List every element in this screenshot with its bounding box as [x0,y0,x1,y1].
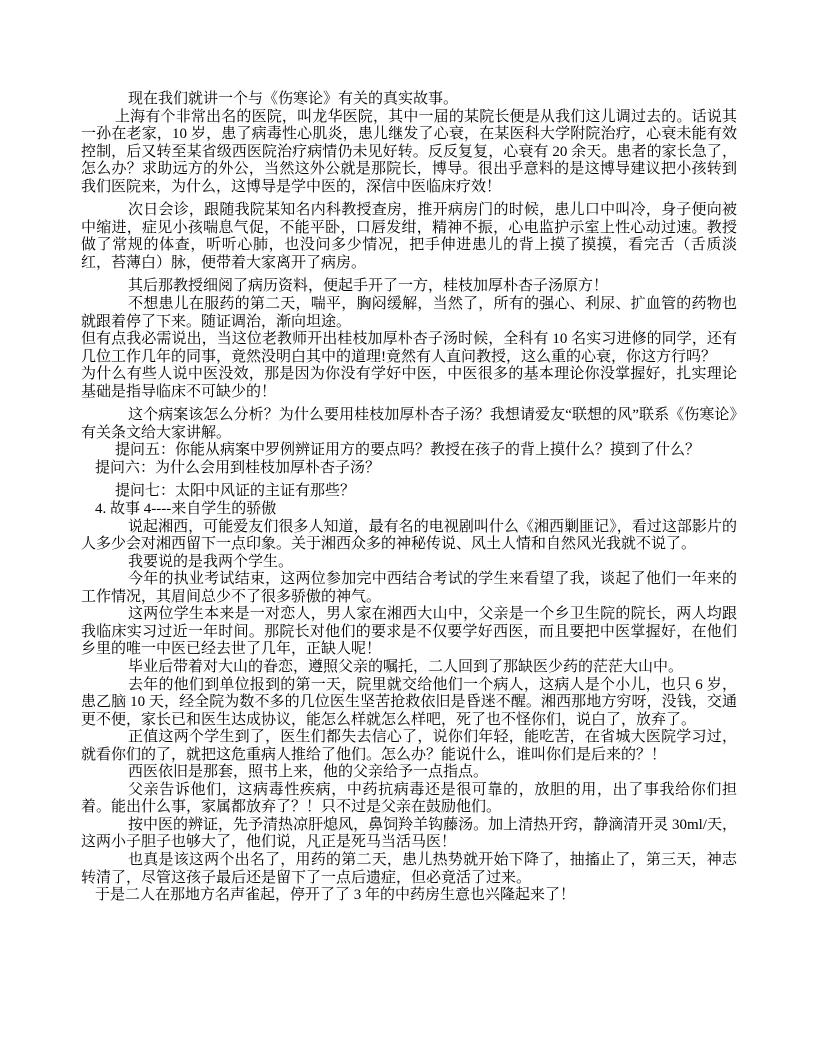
paragraph: 正值这两个学生到了，医生们都失去信心了，说你们年轻，能吃苦，在省城大医院学习过，… [81,729,737,764]
paragraph: 为什么有些人说中医没效，那是因为你没有学好中医，中医很多的基本理论你没掌握好，扎… [81,366,737,401]
paragraph: 于是二人在那地方名声雀起，停开了了 3 年的中药房生意也兴隆起来了！ [81,887,737,905]
paragraph: 4. 故事 4----来自学生的骄傲 [81,501,737,519]
paragraph: 今年的执业考试结束，这两位参加完中西结合考试的学生来看望了我，谈起了他们一年来的… [81,571,737,606]
paragraph: 西医依旧是那套，照书上来，他的父亲给予一点指点。 [81,764,737,782]
paragraph: 也真是该这两个出名了，用药的第二天，患儿热势就开始下降了，抽搐止了，第三天，神志… [81,852,737,887]
paragraph: 上海有个非常出名的医院，叫龙华医院，其中一届的某院长便是从我们这儿调过去的。话说… [81,109,737,197]
paragraph: 提问五：你能从病案中罗例辨证用方的要点吗？教授在孩子的背上摸什么？摸到了什么？ [81,442,737,460]
document-page: 现在我们就讲一个与《伤寒论》有关的真实故事。上海有个非常出名的医院，叫龙华医院，… [0,0,816,1056]
paragraph: 不想患儿在服药的第二天，喘平，胸闷缓解，当然了，所有的强心、利尿、扩血管的药物也… [81,296,737,331]
paragraph: 提问六：为什么会用到桂枝加厚朴杏子汤？ [81,460,737,478]
paragraph: 这个病案该怎么分析？为什么要用桂枝加厚朴杏子汤？我想请爱友“联想的风”联系《伤寒… [81,407,737,442]
paragraph: 但有点我必需说出，当这位老教师开出桂枝加厚朴杏子汤时候，全科有 10 名实习进修… [81,331,737,366]
paragraph: 现在我们就讲一个与《伤寒论》有关的真实故事。 [81,91,737,109]
paragraph: 去年的他们到单位报到的第一天，院里就交给他们一个病人，这病人是个小儿，也只 6 … [81,677,737,730]
paragraph: 父亲告诉他们，这病毒性疾病，中药抗病毒还是很可靠的，放胆的用，出了事我给你们担着… [81,782,737,817]
paragraph: 这两位学生本来是一对恋人，男人家在湘西大山中，父亲是一个乡卫生院的院长，两人均跟… [81,606,737,659]
paragraph: 说起湘西，可能爱友们很多人知道，最有名的电视剧叫什么《湘西剿匪记》，看过这部影片… [81,519,737,554]
paragraph: 次日会诊，跟随我院某知名内科教授查房，推开病房门的时候，患儿口中叫冷，身子便向被… [81,202,737,272]
paragraph: 按中医的辨证，先予清热凉肝熄风，鼻饲羚羊钩藤汤。加上清热开窍，静滴清开灵 30m… [81,817,737,852]
paragraph: 我要说的是我两个学生。 [81,554,737,572]
paragraph: 提问七：太阳中风证的主证有那些？ [81,483,737,501]
paragraph: 毕业后带着对大山的眷恋，遵照父亲的嘱托，二人回到了那缺医少药的茫茫大山中。 [81,659,737,677]
paragraph: 其后那教授细阅了病历资料，便起手开了一方，桂枝加厚朴杏子汤原方！ [81,278,737,296]
